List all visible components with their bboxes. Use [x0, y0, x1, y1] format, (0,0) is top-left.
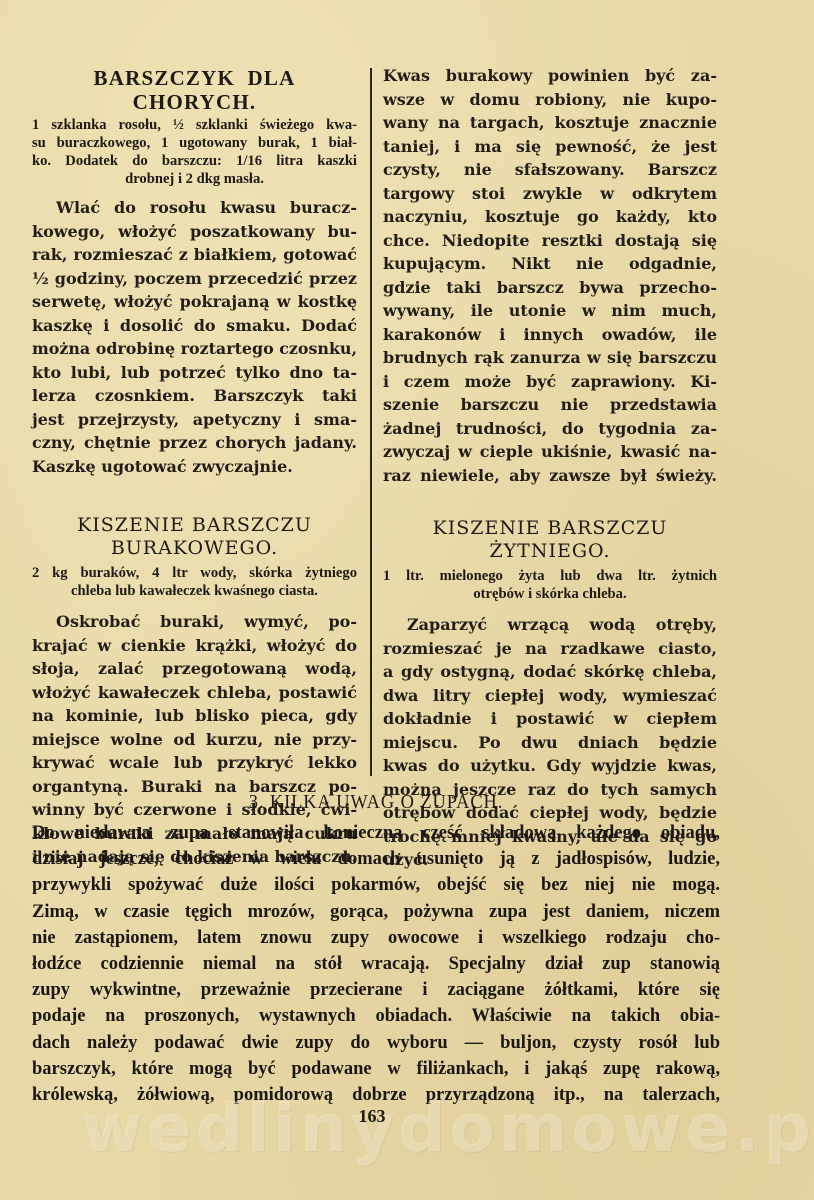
text-line: zwyczaj w cieple ukiśnie, kwasić na- [383, 440, 717, 464]
text-line: szenie barszczu nie przedstawia [383, 393, 717, 417]
text-line: serwetę, włożyć pokrajaną w kostkę [32, 290, 357, 314]
text-line: Wlać do rosołu kwasu buracz- [32, 196, 357, 220]
section-body: Do niedawna zupa stanowiła konieczną czę… [32, 820, 720, 1108]
recipe-title-zytni-line1: KISZENIE BARSZCZU [383, 517, 717, 540]
text-line: Zimą, w czasie tęgich mrozów, gorąca, po… [32, 899, 720, 925]
ingredient-line: ko. Dodatek do barszczu: 1/16 litra kasz… [32, 152, 357, 170]
text-line: Kwas burakowy powinien być za- [383, 64, 717, 88]
text-line: Zaparzyć wrzącą wodą otręby, [383, 613, 717, 637]
text-line: wsze w domu robiony, nie kupo- [383, 88, 717, 112]
text-line: karakonów i innych owadów, ile [383, 323, 717, 347]
text-line: na kominie, lub blisko pieca, gdy [32, 704, 357, 728]
text-line: miejsce wolne od kurzu, nie przy- [32, 728, 357, 752]
text-line: zupy wykwintne, przeważnie przecierane i… [32, 977, 720, 1003]
ingredient-line: su buraczkowego, 1 ugotowany burak, 1 bi… [32, 134, 357, 152]
left-column: BARSZCZYK DLA CHORYCH. 1 szklanka rosołu… [32, 62, 357, 869]
text-line: krywać wcale lub przykryć lekko [32, 751, 357, 775]
text-line: lerza czosnkiem. Barszczyk taki [32, 384, 357, 408]
ingredient-line: chleba lub kawałeczek kwaśnego ciasta. [32, 582, 357, 600]
text-line: nie zastąpionem, latem znowu zupy owocow… [32, 925, 720, 951]
text-line: miejscu. Po dwu dniach będzie [383, 731, 717, 755]
text-line: i czem może być zaprawiony. Ki- [383, 370, 717, 394]
text-line: dach należy podawać dwie zupy do wyboru … [32, 1030, 720, 1056]
text-line: łodźce codziennie niemal na stół wracają… [32, 951, 720, 977]
text-line: można odrobinę roztartego czosnku, [32, 337, 354, 361]
text-line: podaje na proszonych, wystawnych obiadac… [32, 1003, 720, 1029]
text-line: brudnych rąk zanurza w się barszczu [383, 346, 717, 370]
text-line: gdzie taki barszcz bywa przecho- [383, 276, 717, 300]
section-kilka-uwag: 3. KILKA UWAG O ZUPACH. Do niedawna zupa… [32, 790, 720, 1108]
text-line: krajać w cienkie krążki, włożyć do [32, 634, 357, 658]
ingredients-zytni: 1 ltr. mielonego żyta lub dwa ltr. żytni… [383, 567, 717, 603]
text-line: dwa litry ciepłej wody, wymieszać [383, 684, 717, 708]
text-line: czny, chętnie przez chorych jadany. [32, 431, 357, 455]
text-line: rak, rozmieszać z białkiem, gotować [32, 243, 357, 267]
ingredient-line: drobnej i 2 dkg masła. [32, 170, 357, 188]
text-line: przywykli spożywać duże ilości pokarmów,… [32, 872, 720, 898]
intro-kwas-burakowy: Kwas burakowy powinien być za- wsze w do… [383, 64, 717, 487]
ingredient-line: otrębów i skórka chleba. [383, 585, 717, 603]
recipe-body-barszczyk: Wlać do rosołu kwasu buracz- kowego, wło… [32, 196, 357, 478]
text-line: kupującym. Nikt nie odgadnie, [383, 252, 717, 276]
text-line: taniej, i ma się pewność, że jest [383, 135, 717, 159]
text-line: Do niedawna zupa stanowiła konieczną czę… [32, 820, 720, 846]
ingredients-burakowy: 2 kg buraków, 4 ltr wody, skórka żytnieg… [32, 564, 357, 600]
text-line: kto lubi, lub potrzeć tylko dno ta- [32, 361, 357, 385]
text-line: dzisiaj jeszcze, chociaż w wielu domach … [32, 846, 720, 872]
text-line: czysty, nie sfałszowany. Barszcz [383, 158, 717, 182]
recipe-title-burakowy-line1: KISZENIE BARSZCZU [32, 514, 357, 537]
column-divider [370, 68, 372, 776]
text-line: naczyniu, kosztuje go każdy, kto [383, 205, 717, 229]
text-line: targowy stoi zwykle w odkrytem [383, 182, 717, 206]
text-line: ½ godziny, poczem przecedzić przez [32, 267, 357, 291]
ingredient-line: 1 szklanka rosołu, ½ szklanki świeżego k… [32, 116, 357, 134]
text-line: kaszkę i dosolić do smaku. Dodać [32, 314, 357, 338]
text-line: słoja, zalać przegotowaną wodą, [32, 657, 357, 681]
recipe-title-zytni-line2: ŻYTNIEGO. [383, 540, 717, 563]
text-line: królewską, żółwiową, pomidorową dobrze p… [32, 1082, 720, 1108]
section-title: 3. KILKA UWAG O ZUPACH. [60, 790, 693, 814]
text-line: żadnej trudności, do tygodnia za- [383, 417, 717, 441]
ingredients-barszczyk: 1 szklanka rosołu, ½ szklanki świeżego k… [32, 116, 357, 188]
text-line: a gdy ostygną, dodać skórkę chleba, [383, 660, 717, 684]
ingredient-line: 2 kg buraków, 4 ltr wody, skórka żytnieg… [32, 564, 357, 582]
text-line: wany na targach, kosztuje znacznie [383, 111, 717, 135]
recipe-title-barszczyk: BARSZCZYK DLA CHORYCH. [32, 66, 357, 114]
text-line: włożyć kawałeczek chleba, postawić [32, 681, 357, 705]
text-line: wywany, ile utonie w nim much, [383, 299, 717, 323]
recipe-title-burakowy-line2: BURAKOWEGO. [32, 537, 357, 560]
text-line: kowego, włożyć poszatkowany bu- [32, 220, 357, 244]
text-line: jest przejrzysty, apetyczny i sma- [32, 408, 357, 432]
text-line: rozmieszać je na rzadkawe ciasto, [383, 637, 717, 661]
text-line: barszczyk, które mogą być podawane w fil… [32, 1056, 720, 1082]
text-line: chce. Niedopite resztki dostają się [383, 229, 717, 253]
text-line: dokładnie i postawić w ciepłem [383, 707, 717, 731]
page-number: 163 [352, 1106, 392, 1127]
text-line: kwas do użytku. Gdy wyjdzie kwas, [383, 754, 717, 778]
text-line: Kaszkę ugotować zwyczajnie. [32, 455, 357, 479]
text-line: Oskrobać buraki, wymyć, po- [32, 610, 357, 634]
ingredient-line: 1 ltr. mielonego żyta lub dwa ltr. żytni… [383, 567, 717, 585]
right-column: Kwas burakowy powinien być za- wsze w do… [383, 64, 717, 872]
text-line: raz niewiele, aby zawsze był świeży. [383, 464, 717, 488]
book-page: BARSZCZYK DLA CHORYCH. 1 szklanka rosołu… [0, 0, 814, 1200]
